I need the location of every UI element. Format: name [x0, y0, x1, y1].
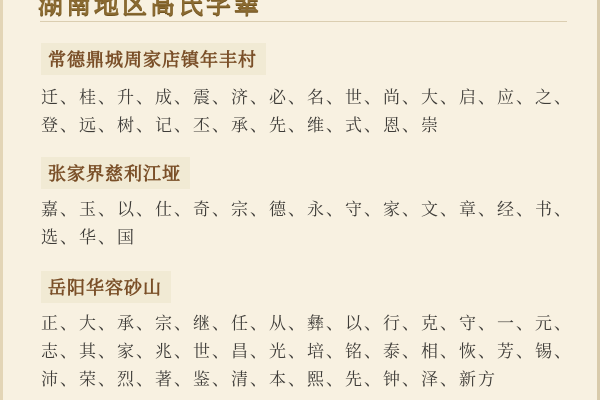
char-list-yueyang: 正、大、承、宗、继、任、从、彝、以、行、克、守、一、元、志、其、家、兆、世、昌、… — [41, 310, 578, 394]
char-list-changde: 迁、桂、升、成、震、济、必、名、世、尚、大、启、应、之、登、远、树、记、丕、承、… — [41, 84, 578, 140]
section-heading-zhangjiajie: 张家界慈利江垭 — [41, 157, 190, 189]
section-heading-yueyang: 岳阳华容砂山 — [41, 271, 171, 303]
page-title: 湖南地区高氏字辈 — [38, 0, 262, 21]
section-heading-changde: 常德鼎城周家店镇年丰村 — [41, 43, 266, 75]
char-list-zhangjiajie: 嘉、玉、以、仕、奇、宗、德、永、守、家、文、章、经、书、选、华、国 — [41, 196, 578, 252]
title-divider — [40, 21, 567, 22]
